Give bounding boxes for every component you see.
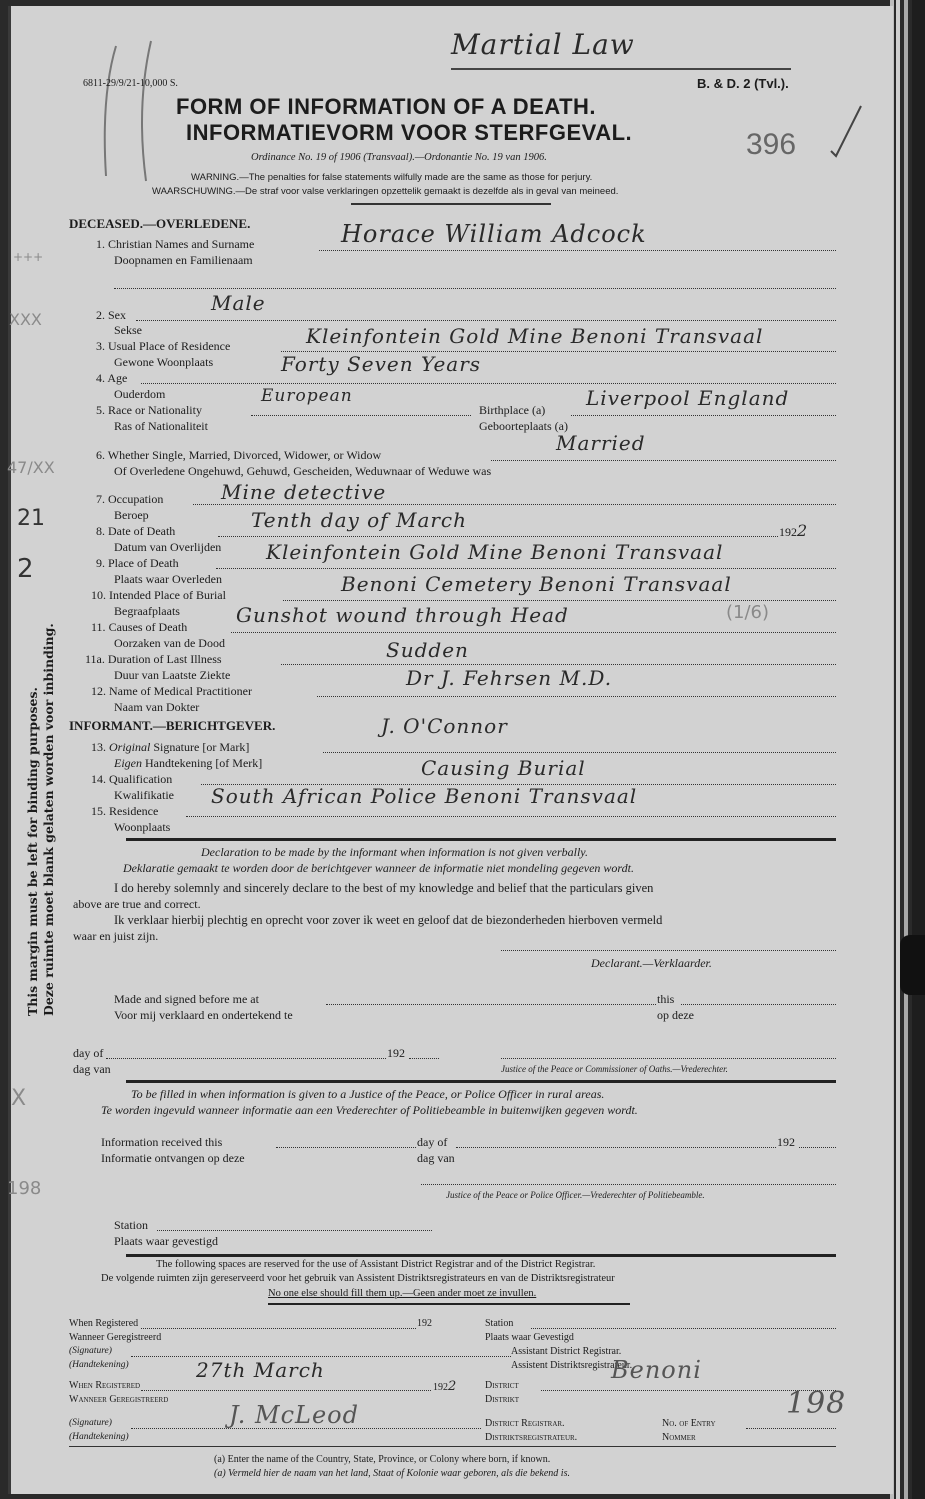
field-age-value[interactable]: Forty Seven Years bbox=[281, 352, 481, 376]
death-year: 1922 bbox=[779, 525, 808, 538]
registrar-heading-nl: De volgende ruimten zijn gereserveerd vo… bbox=[101, 1273, 615, 1284]
pencil-stroke-icon bbox=[91, 36, 161, 186]
binder-spine bbox=[912, 0, 925, 1499]
received-day-field[interactable] bbox=[456, 1147, 776, 1148]
page-edge bbox=[904, 0, 908, 1499]
entry-number-field[interactable] bbox=[746, 1428, 836, 1429]
district-registrar-signature-line[interactable] bbox=[131, 1428, 481, 1429]
field-1-label-nl: Doopnamen en Familienaam bbox=[114, 254, 253, 266]
received-this-field[interactable] bbox=[276, 1147, 416, 1148]
pencil-mark: 47/XX bbox=[7, 458, 55, 477]
binder-clip bbox=[900, 935, 925, 995]
birthplace-label-nl: Geboorteplaats (a) bbox=[479, 420, 568, 432]
martial-law-annotation: Martial Law bbox=[451, 28, 635, 61]
declarant-label: Declarant.—Verklaarder. bbox=[591, 957, 712, 969]
field-marital-value[interactable]: Married bbox=[556, 431, 646, 455]
declaration-heading-en: Declaration to be made by the informant … bbox=[201, 846, 588, 858]
margin-number: 2 bbox=[17, 554, 34, 584]
field-doctor-value[interactable]: Dr J. Fehrsen M.D. bbox=[406, 666, 612, 690]
officer-signature-line[interactable] bbox=[421, 1184, 836, 1185]
checkmark-icon bbox=[826, 101, 866, 161]
death-form-page: Martial Law 6811-29/9/21-10,000 S. B. & … bbox=[8, 6, 893, 1494]
justice-signature-line[interactable] bbox=[501, 1058, 836, 1059]
made-at-field[interactable] bbox=[326, 1004, 656, 1005]
header-rule bbox=[351, 203, 551, 205]
annotation-underline bbox=[451, 68, 791, 70]
pencil-mark: +++ bbox=[13, 250, 43, 264]
made-this-field[interactable] bbox=[681, 1004, 836, 1005]
footnote-en: (a) Enter the name of the Country, State… bbox=[214, 1454, 550, 1465]
page-edge bbox=[896, 0, 900, 1499]
title-nl: INFORMATIEVORM VOOR STERFGEVAL. bbox=[186, 120, 632, 146]
field-birthplace-value[interactable]: Liverpool England bbox=[586, 386, 789, 410]
title-en: FORM OF INFORMATION OF A DEATH. bbox=[176, 94, 596, 120]
ordinance-text: Ordinance No. 19 of 1906 (Transvaal).—Or… bbox=[251, 152, 547, 163]
stamp-number: 396 bbox=[746, 128, 796, 162]
rural-heading-nl: Te worden ingevuld wanneer informatie aa… bbox=[101, 1104, 638, 1116]
registrar-station-field[interactable] bbox=[531, 1328, 836, 1329]
field-sex-value[interactable]: Male bbox=[211, 291, 266, 315]
informant-section-label: INFORMANT.—BERICHTGEVER. bbox=[69, 720, 275, 732]
margin-number: 21 bbox=[17, 506, 45, 531]
field-date-of-death-value[interactable]: Tenth day of March bbox=[251, 508, 467, 532]
field-informant-residence-value[interactable]: South African Police Benoni Transvaal bbox=[211, 784, 637, 808]
binding-note-nl: Deze ruimte moet blank gelaten worden vo… bbox=[41, 623, 56, 1016]
when-registered-field[interactable] bbox=[141, 1328, 416, 1329]
field-duration-value[interactable]: Sudden bbox=[386, 638, 469, 662]
registered-date-value[interactable]: 27th March bbox=[196, 1358, 325, 1382]
form-code: B. & D. 2 (Tvl.). bbox=[697, 76, 789, 91]
footnote-nl: (a) Vermeld hier de naam van het land, S… bbox=[214, 1468, 570, 1479]
registered-year: 1922 bbox=[433, 1379, 457, 1394]
rural-heading-en: To be filled in when information is give… bbox=[131, 1088, 604, 1100]
registrar-heading-en: The following spaces are reserved for th… bbox=[156, 1259, 595, 1270]
declarant-signature-line[interactable] bbox=[501, 950, 836, 951]
pencil-mark: 198 bbox=[7, 1178, 41, 1199]
field-cause-of-death-value[interactable]: Gunshot wound through Head bbox=[236, 603, 569, 627]
section-divider bbox=[126, 1080, 836, 1083]
binding-note-en: This margin must be left for binding pur… bbox=[25, 687, 40, 1016]
field-place-of-death-value[interactable]: Kleinfontein Gold Mine Benoni Transvaal bbox=[266, 540, 723, 564]
cause-annotation: (1/6) bbox=[726, 602, 769, 623]
registrar-signature-value[interactable]: J. McLeod bbox=[229, 1401, 359, 1429]
field-1-label-en: 1. Christian Names and Surname bbox=[96, 238, 254, 250]
declaration-day-field[interactable] bbox=[106, 1058, 386, 1059]
deceased-section-label: DECEASED.—OVERLEDENE. bbox=[69, 218, 250, 230]
declaration-heading-nl: Deklaratie gemaakt te worden door de ber… bbox=[123, 862, 634, 874]
declaration-text-nl: Ik verklaar hierbij plechtig en oprecht … bbox=[114, 914, 662, 926]
rural-station-field[interactable] bbox=[157, 1230, 432, 1231]
field-burial-place-value[interactable]: Benoni Cemetery Benoni Transvaal bbox=[341, 572, 732, 596]
print-code: 6811-29/9/21-10,000 S. bbox=[83, 78, 178, 89]
field-name-value[interactable]: Horace William Adcock bbox=[341, 220, 647, 248]
pencil-mark: X bbox=[11, 1086, 26, 1111]
warning-en: WARNING.—The penalties for false stateme… bbox=[191, 172, 592, 183]
asst-registrar-signature-line[interactable] bbox=[131, 1356, 511, 1357]
field-residence-value[interactable]: Kleinfontein Gold Mine Benoni Transvaal bbox=[306, 324, 763, 348]
birthplace-label-en: Birthplace (a) bbox=[479, 404, 545, 416]
justice-label: Justice of the Peace or Commissioner of … bbox=[501, 1064, 728, 1074]
entry-number-value[interactable]: 198 bbox=[786, 1386, 846, 1421]
district-value[interactable]: Benoni bbox=[611, 1356, 702, 1384]
field-informant-signature-value[interactable]: J. O'Connor bbox=[381, 714, 508, 738]
warning-nl: WAARSCHUWING.—De straf voor valse verkla… bbox=[152, 186, 618, 197]
registrar-notice: No one else should fill them up.—Geen an… bbox=[268, 1288, 536, 1299]
section-divider bbox=[126, 1254, 836, 1257]
field-race-value[interactable]: European bbox=[261, 386, 353, 406]
field-qualification-value[interactable]: Causing Burial bbox=[421, 756, 586, 780]
declaration-text-en: I do hereby solemnly and sincerely decla… bbox=[114, 882, 653, 894]
section-divider bbox=[126, 838, 836, 841]
officer-label: Justice of the Peace or Police Officer.—… bbox=[446, 1190, 705, 1200]
field-occupation-value[interactable]: Mine detective bbox=[221, 480, 386, 504]
pencil-mark: XXX bbox=[9, 310, 42, 329]
